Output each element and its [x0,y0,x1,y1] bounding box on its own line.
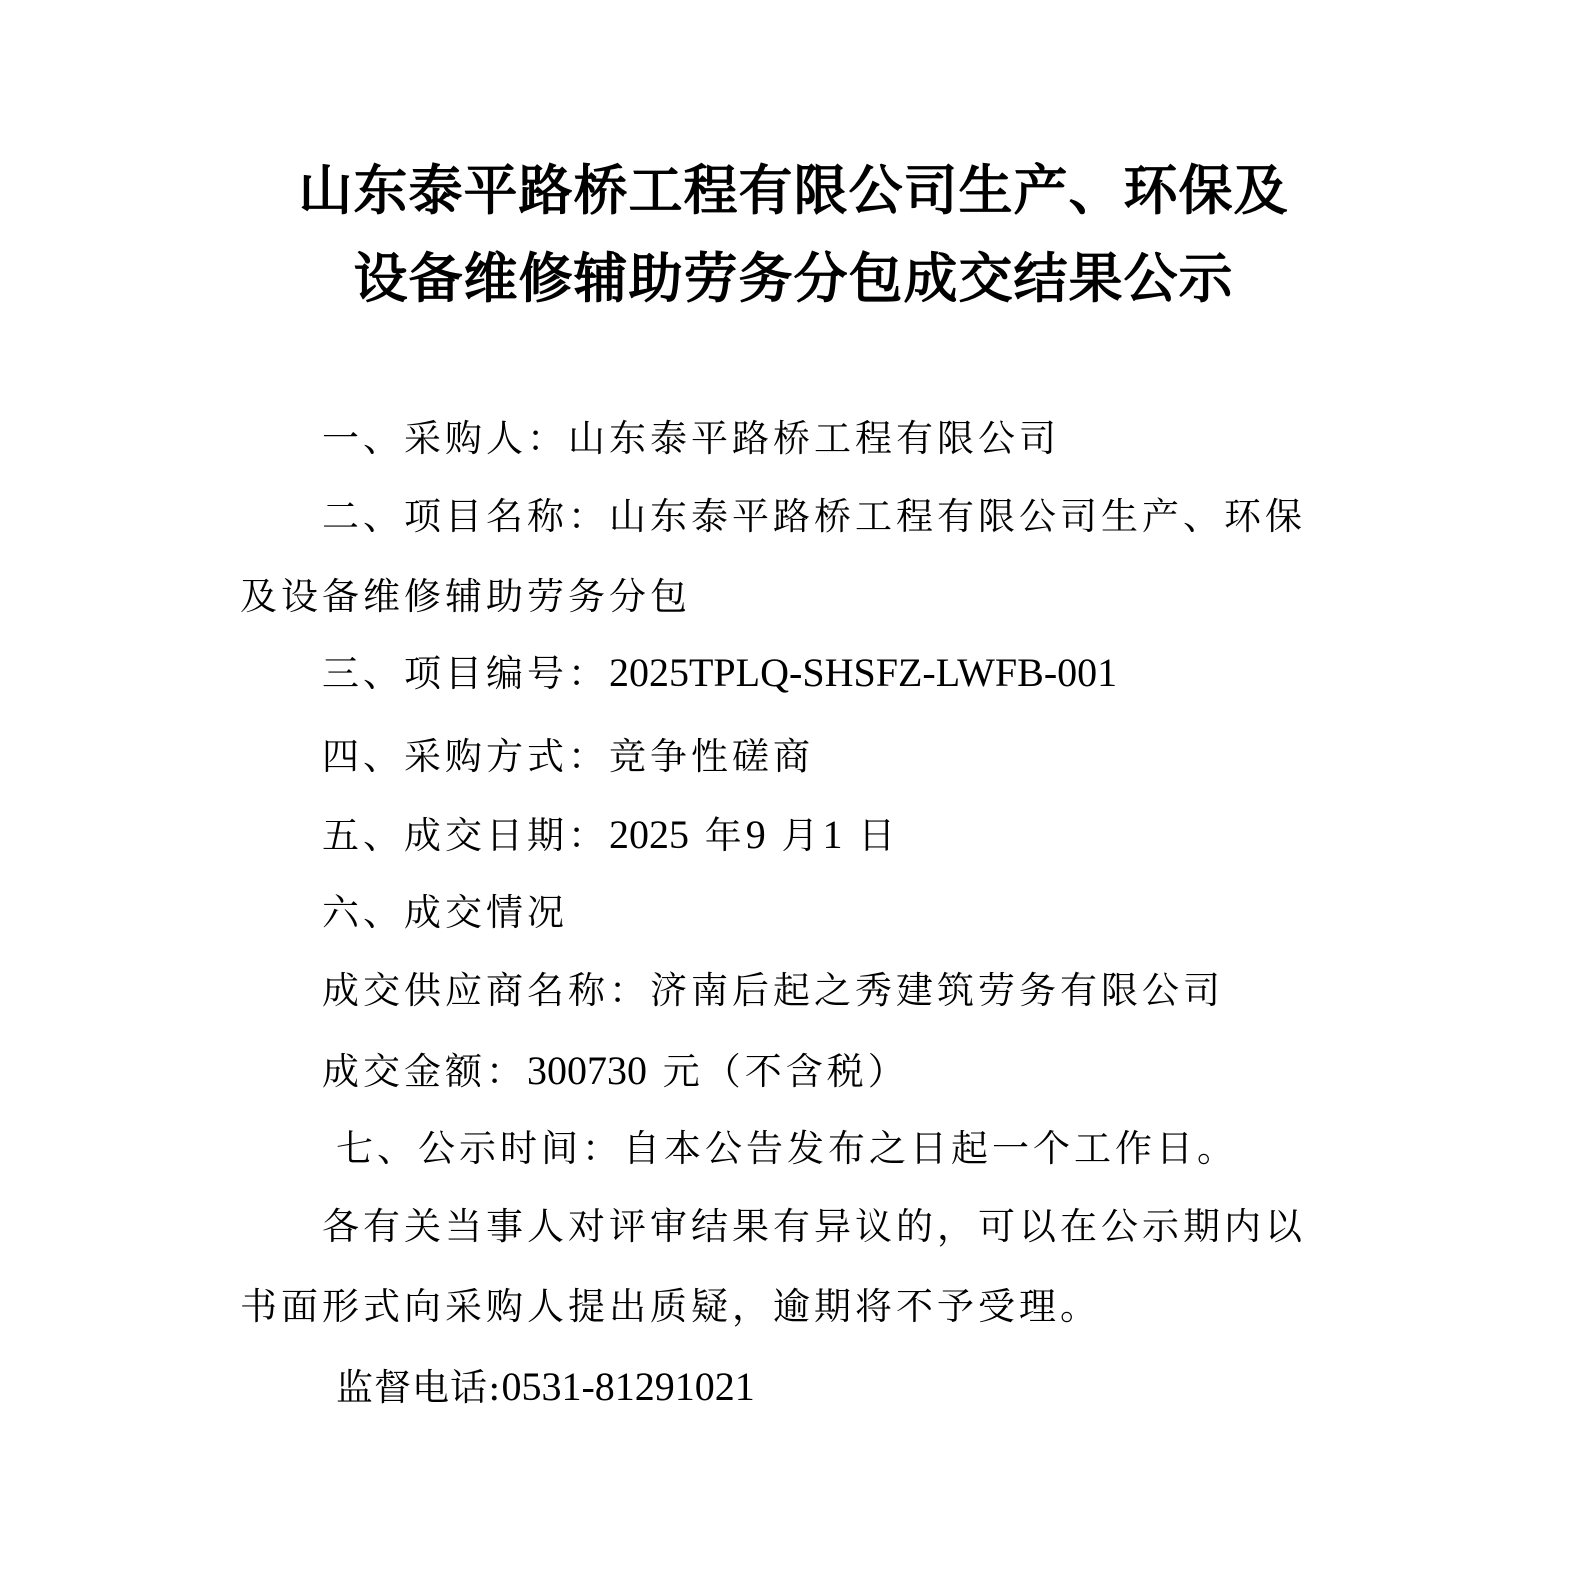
project-number-value: 2025TPLQ-SHSFZ-LWFB-001 [609,650,1117,695]
publicity-period-value: 自本公告发布之日起一个工作日。 [623,1127,1238,1170]
purchaser-line: 一、采购人：山东泰平路桥工程有限公司 [322,414,1060,464]
purchaser-value: 山东泰平路桥工程有限公司 [568,417,1060,460]
procurement-method-label: 四、采购方式： [322,735,609,778]
amount-label: 成交金额： [322,1050,527,1093]
supervision-phone-value: 0531-81291021 [501,1364,754,1409]
purchaser-label: 一、采购人： [322,417,568,460]
project-number-line: 三、项目编号：2025TPLQ-SHSFZ-LWFB-001 [322,648,1117,699]
procurement-method-value: 竞争性磋商 [609,735,814,778]
deal-status-label: 六、成交情况 [322,891,568,934]
deal-date-line: 五、成交日期：2025 年9 月1 日 [322,810,899,861]
project-name-label: 二、项目名称： [322,495,609,538]
document-title-line-1: 山东泰平路桥工程有限公司生产、环保及 [0,150,1587,230]
objection-text-2: 书面形式向采购人提出质疑，逾期将不予受理。 [240,1285,1101,1328]
publicity-period-label: 七、公示时间： [336,1127,623,1170]
project-name-value-continued: 及设备维修辅助劳务分包 [240,575,691,618]
project-number-label: 三、项目编号： [322,652,609,695]
objection-text-1: 各有关当事人对评审结果有异议的，可以在公示期内以 [322,1205,1306,1248]
deal-date-year: 2025 [609,812,689,857]
supervision-phone-label: 监督电话: [336,1366,501,1409]
supplier-value: 济南后起之秀建筑劳务有限公司 [650,969,1224,1012]
amount-unit: 元（不含税） [663,1050,909,1093]
deal-status-heading: 六、成交情况 [322,888,568,938]
project-name-value: 山东泰平路桥工程有限公司生产、环保 [609,495,1306,538]
project-name-line-1: 二、项目名称：山东泰平路桥工程有限公司生产、环保 [322,492,1306,542]
supplier-line: 成交供应商名称：济南后起之秀建筑劳务有限公司 [322,966,1224,1016]
deal-date-label: 五、成交日期： [322,814,609,857]
objection-line-2: 书面形式向采购人提出质疑，逾期将不予受理。 [240,1282,1101,1332]
procurement-method-line: 四、采购方式：竞争性磋商 [322,732,814,782]
document-title-line-2: 设备维修辅助劳务分包成交结果公示 [0,238,1587,318]
project-name-line-2: 及设备维修辅助劳务分包 [240,572,691,622]
deal-date-day-unit: 日 [858,814,899,857]
amount-value: 300730 [527,1048,647,1093]
deal-date-year-unit: 年 [705,814,746,857]
objection-line-1: 各有关当事人对评审结果有异议的，可以在公示期内以 [322,1202,1306,1252]
amount-line: 成交金额：300730 元（不含税） [322,1046,909,1097]
publicity-period-line: 七、公示时间：自本公告发布之日起一个工作日。 [336,1124,1238,1174]
deal-date-month-unit: 月 [782,814,823,857]
supplier-label: 成交供应商名称： [322,969,650,1012]
supervision-phone-line: 监督电话:0531-81291021 [336,1362,755,1413]
deal-date-day: 1 [823,812,843,857]
deal-date-month: 9 [746,812,766,857]
